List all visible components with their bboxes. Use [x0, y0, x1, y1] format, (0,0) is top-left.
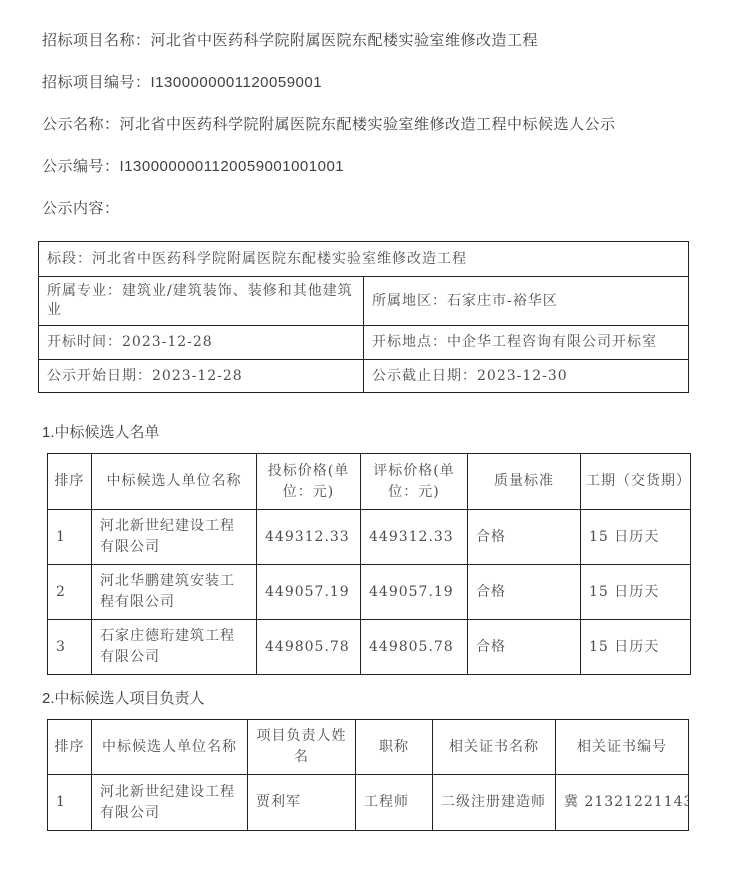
cert-number-cell: 冀 213212211435 — [556, 775, 689, 831]
rank-cell: 2 — [48, 565, 92, 620]
col-quality: 质量标准 — [468, 454, 581, 510]
duration-cell: 15 日历天 — [581, 565, 691, 620]
open-place-cell: 开标地点：中企华工程咨询有限公司开标室 — [364, 326, 689, 360]
field-value: 河北省中医药科学院附属医院东配楼实验室维修改造工程中标候选人公示 — [120, 116, 616, 133]
field-tender-project-name: 招标项目名称：河北省中医药科学院附属医院东配楼实验室维修改造工程 — [42, 31, 740, 51]
managers-heading: 2.中标候选人项目负责人 — [42, 689, 740, 709]
company-cell: 石家庄德珩建筑工程有限公司 — [92, 620, 257, 675]
company-cell: 河北新世纪建设工程有限公司 — [92, 510, 257, 565]
col-cert-name: 相关证书名称 — [433, 720, 556, 775]
candidate-row: 1 河北新世纪建设工程有限公司 449312.33 449312.33 合格 1… — [48, 510, 691, 565]
field-announcement-content: 公示内容： — [42, 199, 740, 219]
table-header-row: 排序 中标候选人单位名称 项目负责人姓名 职称 相关证书名称 相关证书编号 — [48, 720, 689, 775]
col-manager-name: 项目负责人姓名 — [248, 720, 356, 775]
table-row: 开标时间：2023-12-28 开标地点：中企华工程咨询有限公司开标室 — [39, 326, 689, 360]
title-cell: 工程师 — [356, 775, 433, 831]
bid-price-cell: 449312.33 — [257, 510, 361, 565]
field-value: 河北省中医药科学院附属医院东配楼实验室维修改造工程 — [151, 32, 539, 49]
rank-cell: 1 — [48, 510, 92, 565]
col-company: 中标候选人单位名称 — [92, 454, 257, 510]
duration-cell: 15 日历天 — [581, 510, 691, 565]
col-rank: 排序 — [48, 720, 92, 775]
quality-cell: 合格 — [468, 510, 581, 565]
bid-price-cell: 449057.19 — [257, 565, 361, 620]
quality-cell: 合格 — [468, 620, 581, 675]
manager-name-cell: 贾利军 — [248, 775, 356, 831]
field-value: I1300000001120059001 — [151, 74, 323, 91]
company-cell: 河北新世纪建设工程有限公司 — [92, 775, 248, 831]
col-duration: 工期（交货期） — [581, 454, 691, 510]
duration-cell: 15 日历天 — [581, 620, 691, 675]
col-bid-price: 投标价格(单位：元) — [257, 454, 361, 510]
candidate-row: 3 石家庄德珩建筑工程有限公司 449805.78 449805.78 合格 1… — [48, 620, 691, 675]
eval-price-cell: 449805.78 — [361, 620, 468, 675]
bid-info-table: 标段：河北省中医药科学院附属医院东配楼实验室维修改造工程 所属专业：建筑业/建筑… — [38, 241, 689, 393]
col-eval-price: 评标价格(单位：元) — [361, 454, 468, 510]
field-label: 招标项目编号： — [42, 74, 151, 91]
industry-cell: 所属专业：建筑业/建筑装饰、装修和其他建筑业 — [39, 277, 364, 326]
region-cell: 所属地区：石家庄市-裕华区 — [364, 277, 689, 326]
field-value: I1300000001120059001001001 — [120, 158, 345, 175]
field-label: 公示名称： — [42, 116, 120, 133]
eval-price-cell: 449312.33 — [361, 510, 468, 565]
field-tender-project-number: 招标项目编号：I1300000001120059001 — [42, 73, 740, 93]
table-row: 标段：河北省中医药科学院附属医院东配楼实验室维修改造工程 — [39, 242, 689, 277]
field-label: 公示编号： — [42, 158, 120, 175]
field-label: 公示内容： — [42, 200, 120, 217]
candidates-table: 排序 中标候选人单位名称 投标价格(单位：元) 评标价格(单位：元) 质量标准 … — [47, 453, 691, 675]
col-company: 中标候选人单位名称 — [92, 720, 248, 775]
bid-price-cell: 449805.78 — [257, 620, 361, 675]
field-announcement-number: 公示编号：I1300000001120059001001001 — [42, 157, 740, 177]
publish-start-cell: 公示开始日期：2023-12-28 — [39, 360, 364, 393]
company-cell: 河北华鹏建筑安装工程有限公司 — [92, 565, 257, 620]
rank-cell: 3 — [48, 620, 92, 675]
table-row: 公示开始日期：2023-12-28 公示截止日期：2023-12-30 — [39, 360, 689, 393]
bid-section-cell: 标段：河北省中医药科学院附属医院东配楼实验室维修改造工程 — [39, 242, 689, 277]
candidate-row: 2 河北华鹏建筑安装工程有限公司 449057.19 449057.19 合格 … — [48, 565, 691, 620]
table-header-row: 排序 中标候选人单位名称 投标价格(单位：元) 评标价格(单位：元) 质量标准 … — [48, 454, 691, 510]
col-title: 职称 — [356, 720, 433, 775]
cert-name-cell: 二级注册建造师 — [433, 775, 556, 831]
open-time-cell: 开标时间：2023-12-28 — [39, 326, 364, 360]
candidates-heading: 1.中标候选人名单 — [42, 423, 740, 443]
publish-end-cell: 公示截止日期：2023-12-30 — [364, 360, 689, 393]
managers-table: 排序 中标候选人单位名称 项目负责人姓名 职称 相关证书名称 相关证书编号 1 … — [47, 719, 689, 831]
field-announcement-name: 公示名称：河北省中医药科学院附属医院东配楼实验室维修改造工程中标候选人公示 — [42, 115, 740, 135]
eval-price-cell: 449057.19 — [361, 565, 468, 620]
table-row: 所属专业：建筑业/建筑装饰、装修和其他建筑业 所属地区：石家庄市-裕华区 — [39, 277, 689, 326]
quality-cell: 合格 — [468, 565, 581, 620]
col-cert-number: 相关证书编号 — [556, 720, 689, 775]
col-rank: 排序 — [48, 454, 92, 510]
manager-row: 1 河北新世纪建设工程有限公司 贾利军 工程师 二级注册建造师 冀 213212… — [48, 775, 689, 831]
rank-cell: 1 — [48, 775, 92, 831]
bid-announcement-document: 招标项目名称：河北省中医药科学院附属医院东配楼实验室维修改造工程 招标项目编号：… — [0, 0, 740, 895]
field-label: 招标项目名称： — [42, 32, 151, 49]
